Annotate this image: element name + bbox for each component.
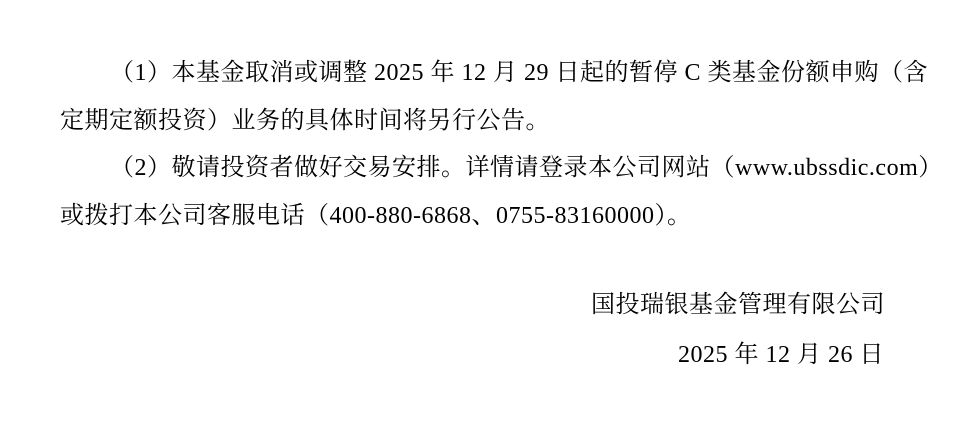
paragraph-1-line-1: （1）本基金取消或调整 2025 年 12 月 29 日起的暂停 C 类基金份额… — [110, 59, 928, 87]
paragraph-2-line-2: 或拨打本公司客服电话（400-880-6868、0755-83160000）。 — [60, 202, 691, 230]
signature-company-name: 国投瑞银基金管理有限公司 — [591, 291, 885, 319]
signature-date: 2025 年 12 月 26 日 — [678, 341, 884, 369]
announcement-document-page: （1）本基金取消或调整 2025 年 12 月 29 日起的暂停 C 类基金份额… — [0, 0, 964, 426]
paragraph-2-line-1: （2）敬请投资者做好交易安排。详情请登录本公司网站（www.ubssdic.co… — [110, 154, 943, 182]
paragraph-1-line-2: 定期定额投资）业务的具体时间将另行公告。 — [60, 107, 550, 135]
